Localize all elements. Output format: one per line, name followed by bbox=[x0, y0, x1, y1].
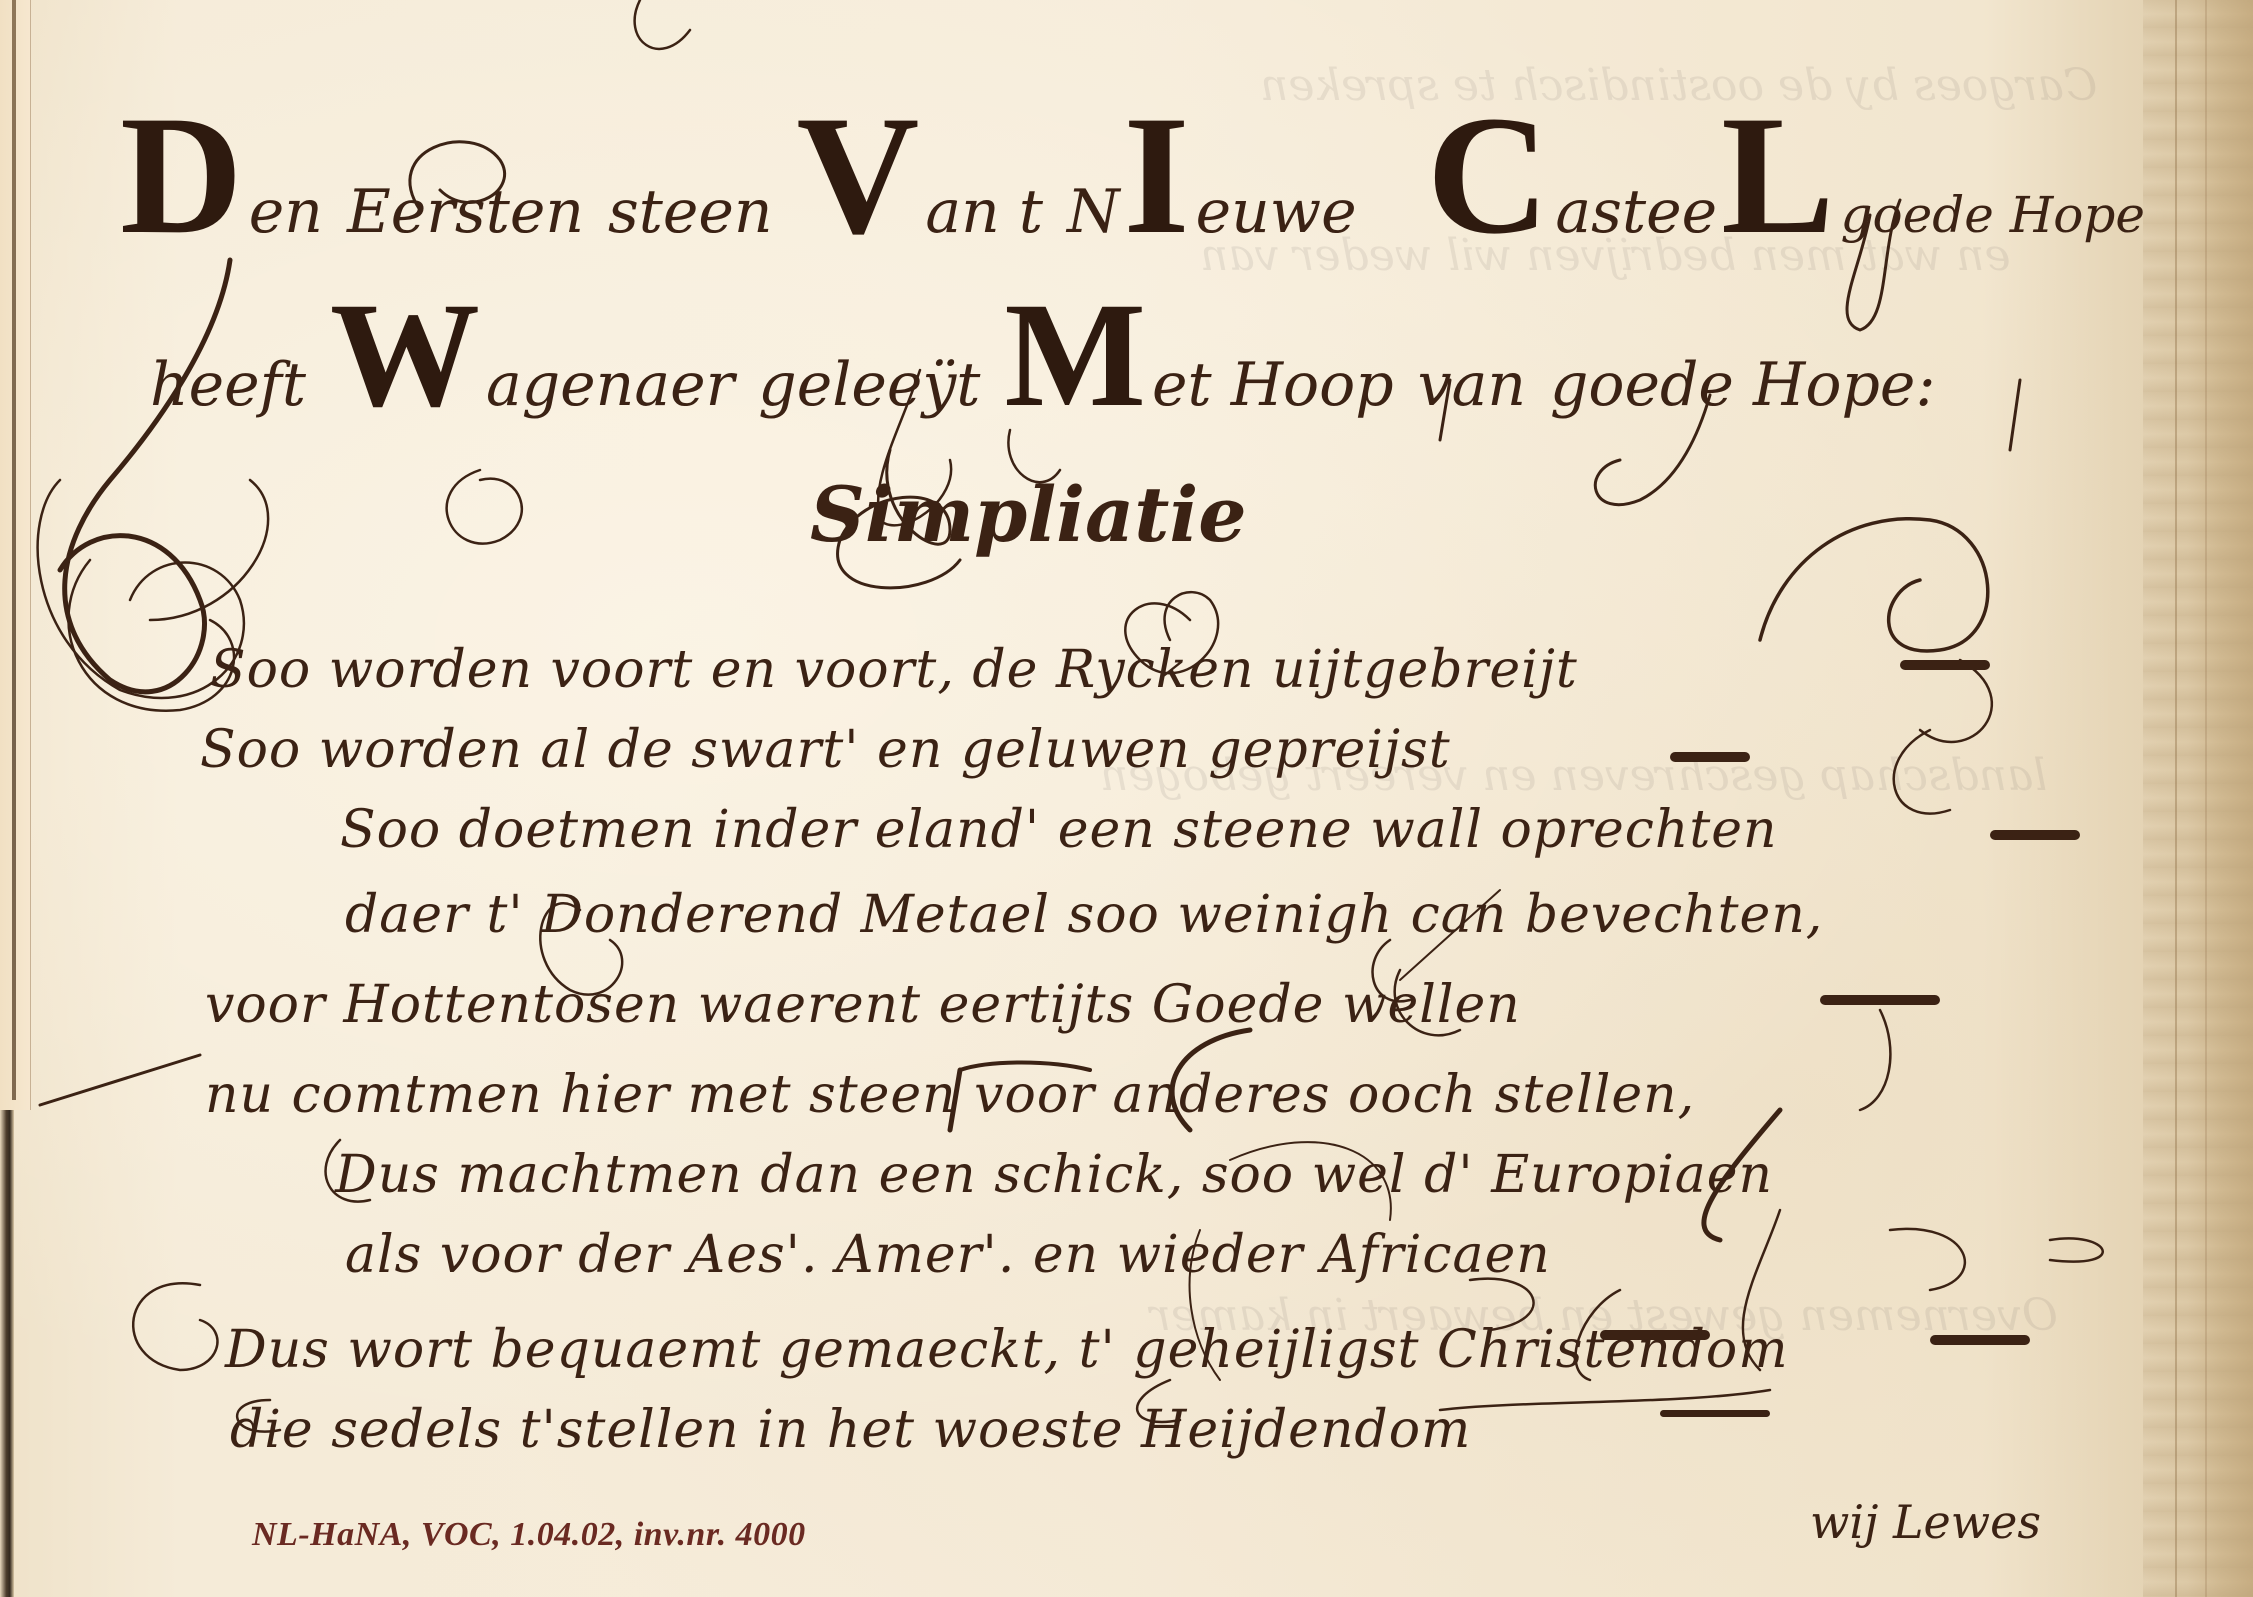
section-heading: Simpliatie bbox=[810, 470, 1247, 559]
ink-swash bbox=[1990, 830, 2080, 840]
title-word: en bbox=[249, 177, 323, 247]
verse-line-9: Dus wort bequaemt gemaeckt, t' geheijlig… bbox=[225, 1320, 1789, 1380]
author-signature: wij Lewes bbox=[1810, 1495, 2041, 1549]
verse-line-7: Dus machtmen dan een schick, soo wel d' … bbox=[335, 1145, 1773, 1205]
chronogram-capital-l: L bbox=[1721, 90, 1834, 260]
verse-line-6: nu comtmen hier met steen voor anderes o… bbox=[205, 1065, 1695, 1125]
title-word: Eersten bbox=[347, 177, 584, 247]
ink-swash bbox=[1670, 752, 1750, 762]
chronogram-capital-i: I bbox=[1123, 90, 1189, 260]
manuscript-page: Cargoes by de oostindisch te spreken en … bbox=[0, 0, 2253, 1597]
title-word: steen bbox=[608, 177, 773, 247]
title-word: an t bbox=[925, 177, 1043, 247]
ink-swash bbox=[1660, 1410, 1770, 1417]
title-word: goede Hope: bbox=[1550, 350, 1936, 420]
verse-line-3: Soo doetmen inder eland' een steene wall… bbox=[340, 800, 1778, 860]
chronogram-capital-v: V bbox=[797, 90, 920, 260]
binding-edge-shadow bbox=[0, 1110, 14, 1597]
ink-swash bbox=[1820, 995, 1940, 1005]
verse-line-5: voor Hottentosen waerent eertijts Goede … bbox=[205, 975, 1521, 1035]
verse-line-10: die sedels t'stellen in het woeste Heijd… bbox=[230, 1400, 1471, 1460]
title-word: astee bbox=[1555, 177, 1717, 247]
chronogram-capital-c: C bbox=[1427, 90, 1550, 260]
ink-swash bbox=[1900, 660, 1990, 670]
chronogram-capital-m: M bbox=[1004, 280, 1146, 430]
title-word: heeft bbox=[150, 350, 306, 420]
verse-line-2: Soo worden al de swart' en geluwen gepre… bbox=[200, 720, 1451, 780]
title-line-2: heeft W agenaer geleeÿt M et Hoop van go… bbox=[150, 280, 1960, 430]
verse-line-4: daer t' Donderend Metael soo weinigh can… bbox=[345, 885, 1823, 945]
chronogram-capital-d: D bbox=[120, 90, 243, 260]
title-word: N bbox=[1067, 177, 1120, 247]
chronogram-capital-w: W bbox=[330, 280, 480, 430]
edge-stain-line bbox=[2205, 0, 2207, 1597]
binding-edge-line bbox=[12, 0, 16, 1100]
verse-line-1: Soo worden voort en voort, de Rycken uij… bbox=[210, 640, 1578, 700]
title-word: van bbox=[1418, 350, 1526, 420]
title-word: euwe bbox=[1196, 177, 1357, 247]
ink-swash bbox=[1930, 1335, 2030, 1345]
edge-stain-line bbox=[2175, 0, 2177, 1597]
archive-reference-caption: NL-HaNA, VOC, 1.04.02, inv.nr. 4000 bbox=[252, 1516, 806, 1554]
title-word: geleeÿt bbox=[758, 350, 980, 420]
title-word: et Hoop bbox=[1152, 350, 1394, 420]
title-word: agenaer bbox=[486, 350, 734, 420]
title-line-1: D en Eersten steen V an t N I euwe C ast… bbox=[120, 90, 2169, 260]
title-word: goede Hope bbox=[1841, 186, 2146, 244]
verse-line-8: als voor der Aes'. Amer'. en wieder Afri… bbox=[345, 1225, 1551, 1285]
